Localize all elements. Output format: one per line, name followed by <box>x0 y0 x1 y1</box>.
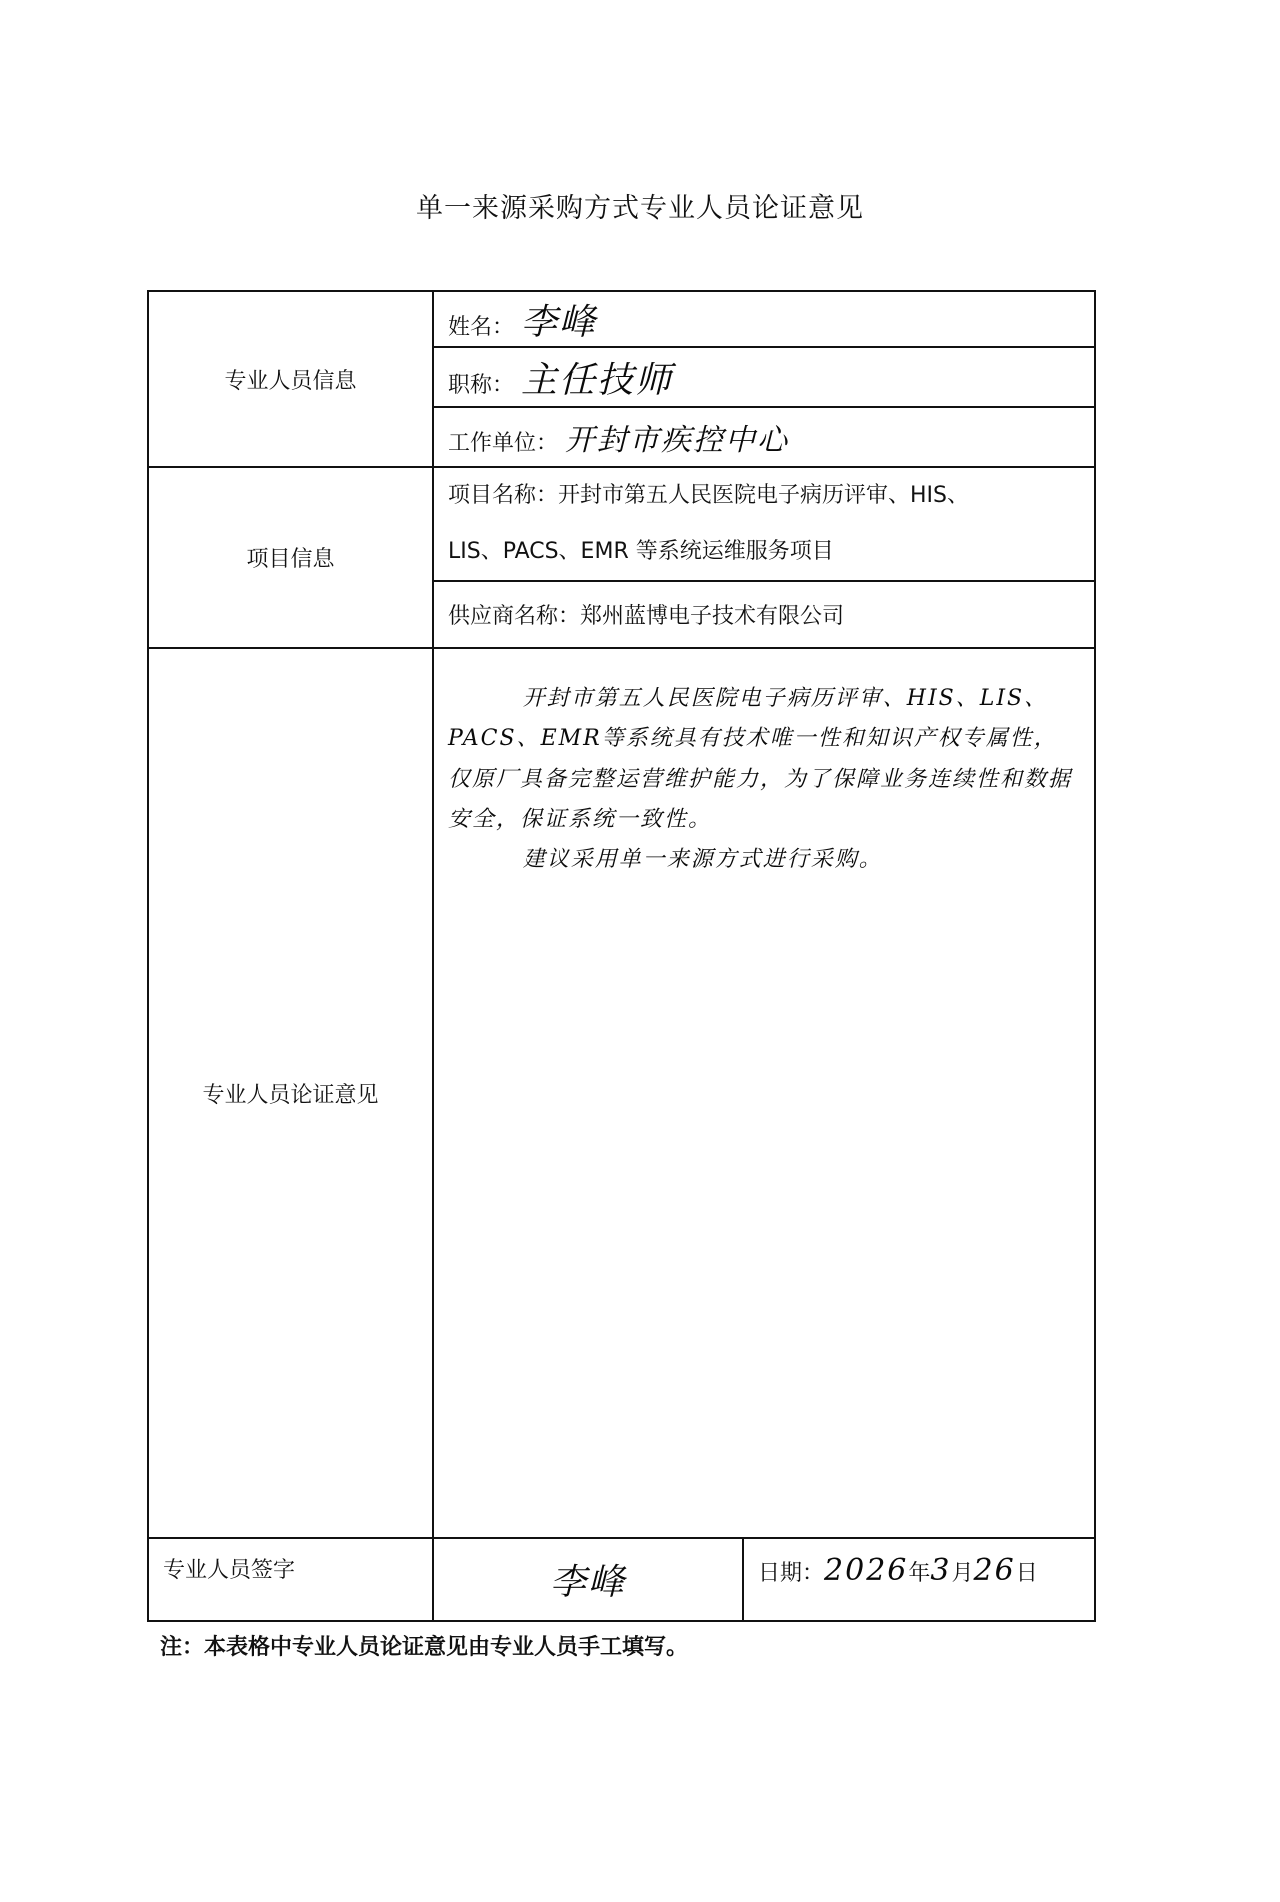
section-label-signature: 专业人员签字 <box>148 1538 433 1621</box>
footnote: 注：本表格中专业人员论证意见由专业人员手工填写。 <box>160 1630 688 1661</box>
field-name: 姓名： 李峰 <box>433 291 1095 347</box>
date-label: 日期： <box>758 1561 824 1586</box>
opinion-paragraph-1: 开封市第五人民医院电子病历评审、HIS、LIS、PACS、EMR等系统具有技术唯… <box>448 679 1080 840</box>
field-project-name: 项目名称：开封市第五人民医院电子病历评审、HIS、 LIS、PACS、EMR 等… <box>433 467 1095 581</box>
field-title: 职称： 主任技师 <box>433 347 1095 407</box>
field-supplier: 供应商名称：郑州蓝博电子技术有限公司 <box>433 581 1095 648</box>
date-day: 26 <box>974 1553 1016 1588</box>
row-signature: 专业人员签字 李峰 日期：2026年3月26日 <box>148 1538 1095 1621</box>
opinion-paragraph-2: 建议采用单一来源方式进行采购。 <box>448 840 1080 880</box>
month-unit: 月 <box>951 1561 973 1586</box>
field-label-title: 职称： <box>448 373 514 398</box>
handwritten-opinion: 开封市第五人民医院电子病历评审、HIS、LIS、PACS、EMR等系统具有技术唯… <box>433 648 1095 1538</box>
date-cell: 日期：2026年3月26日 <box>743 1538 1095 1621</box>
row-name: 专业人员信息 姓名： 李峰 <box>148 291 1095 347</box>
field-label-supplier: 供应商名称： <box>448 604 580 629</box>
signature-cell: 李峰 <box>433 1538 743 1621</box>
supplier-name: 郑州蓝博电子技术有限公司 <box>580 604 844 629</box>
section-label-project-info: 项目信息 <box>148 467 433 648</box>
argumentation-form-table: 专业人员信息 姓名： 李峰 职称： 主任技师 工作单位： 开封市疾控中心 项目信… <box>147 290 1096 1622</box>
row-opinion: 专业人员论证意见 开封市第五人民医院电子病历评审、HIS、LIS、PACS、EM… <box>148 648 1095 1538</box>
field-label-workplace: 工作单位： <box>448 431 558 456</box>
year-unit: 年 <box>908 1561 930 1586</box>
row-project-name: 项目信息 项目名称：开封市第五人民医院电子病历评审、HIS、 LIS、PACS、… <box>148 467 1095 581</box>
field-workplace: 工作单位： 开封市疾控中心 <box>433 407 1095 467</box>
project-name-line-1: 开封市第五人民医院电子病历评审、HIS、 <box>558 483 969 508</box>
date-month: 3 <box>930 1553 951 1588</box>
project-name-line-2: LIS、PACS、EMR 等系统运维服务项目 <box>448 524 1080 580</box>
date-year: 2026 <box>824 1553 908 1588</box>
section-label-opinion: 专业人员论证意见 <box>148 648 433 1538</box>
handwritten-signature: 李峰 <box>550 1562 626 1603</box>
field-label-project-name: 项目名称： <box>448 483 558 508</box>
handwritten-title: 主任技师 <box>521 360 673 401</box>
day-unit: 日 <box>1016 1561 1038 1586</box>
handwritten-workplace: 开封市疾控中心 <box>565 423 789 458</box>
page-title: 单一来源采购方式专业人员论证意见 <box>0 186 1280 225</box>
handwritten-name: 李峰 <box>521 302 597 343</box>
field-label-name: 姓名： <box>448 315 514 340</box>
section-label-personnel-info: 专业人员信息 <box>148 291 433 467</box>
